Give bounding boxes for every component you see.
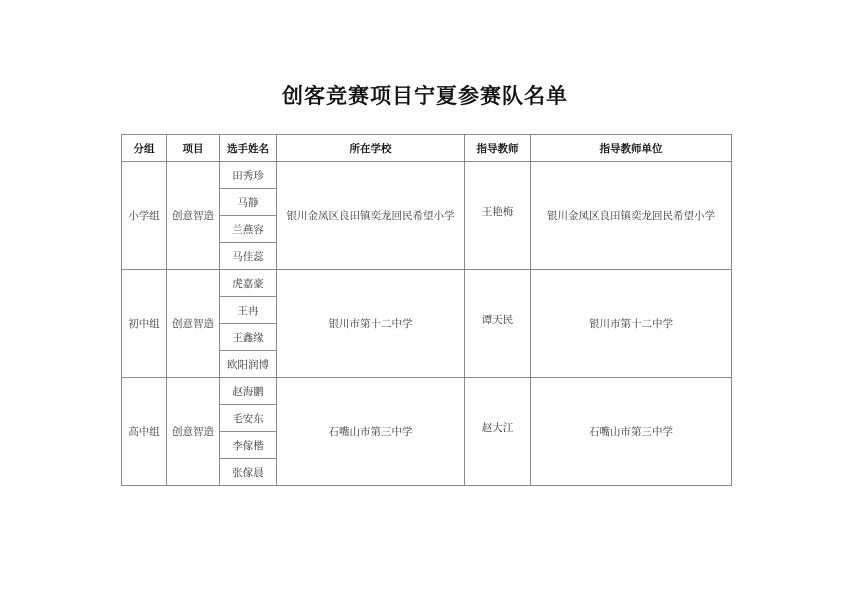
header-teacher: 指导教师 bbox=[465, 135, 531, 162]
teacher-cell: 赵大江 bbox=[465, 378, 531, 486]
project-cell: 创意智造 bbox=[167, 270, 220, 378]
group-cell: 初中组 bbox=[122, 270, 167, 378]
table-row: 小学组 创意智造 田秀珍 银川金凤区良田镇奕龙回民希望小学 王艳梅 银川金凤区良… bbox=[122, 162, 732, 189]
student-name-cell: 田秀珍 bbox=[220, 162, 277, 189]
student-name-cell: 马佳蕊 bbox=[220, 243, 277, 270]
school-cell: 银川市第十二中学 bbox=[277, 270, 465, 378]
header-student-name: 选手姓名 bbox=[220, 135, 277, 162]
header-teacher-unit: 指导教师单位 bbox=[531, 135, 732, 162]
header-project: 项目 bbox=[167, 135, 220, 162]
student-name-cell: 王鑫缘 bbox=[220, 324, 277, 351]
table-row: 初中组 创意智造 虎嘉豪 银川市第十二中学 谭天民 银川市第十二中学 bbox=[122, 270, 732, 297]
student-name-cell: 毛安东 bbox=[220, 405, 277, 432]
teacher-cell: 王艳梅 bbox=[465, 162, 531, 270]
student-name-cell: 李傢楷 bbox=[220, 432, 277, 459]
school-cell: 石嘴山市第三中学 bbox=[277, 378, 465, 486]
student-name-cell: 虎嘉豪 bbox=[220, 270, 277, 297]
teacher-unit-cell: 银川金凤区良田镇奕龙回民希望小学 bbox=[531, 162, 732, 270]
school-cell: 银川金凤区良田镇奕龙回民希望小学 bbox=[277, 162, 465, 270]
header-row: 分组 项目 选手姓名 所在学校 指导教师 指导教师单位 bbox=[122, 135, 732, 162]
header-school: 所在学校 bbox=[277, 135, 465, 162]
document-title: 创客竞赛项目宁夏参赛队名单 bbox=[0, 80, 850, 110]
student-name-cell: 欧阳润博 bbox=[220, 351, 277, 378]
teacher-unit-cell: 银川市第十二中学 bbox=[531, 270, 732, 378]
project-cell: 创意智造 bbox=[167, 378, 220, 486]
group-cell: 小学组 bbox=[122, 162, 167, 270]
project-cell: 创意智造 bbox=[167, 162, 220, 270]
student-name-cell: 张傢晨 bbox=[220, 459, 277, 486]
student-name-cell: 马静 bbox=[220, 189, 277, 216]
teacher-unit-cell: 石嘴山市第三中学 bbox=[531, 378, 732, 486]
teacher-cell: 谭天民 bbox=[465, 270, 531, 378]
group-cell: 高中组 bbox=[122, 378, 167, 486]
header-group: 分组 bbox=[122, 135, 167, 162]
student-name-cell: 王冉 bbox=[220, 297, 277, 324]
table-row: 高中组 创意智造 赵海鹏 石嘴山市第三中学 赵大江 石嘴山市第三中学 bbox=[122, 378, 732, 405]
student-name-cell: 赵海鹏 bbox=[220, 378, 277, 405]
student-name-cell: 兰燕容 bbox=[220, 216, 277, 243]
roster-table: 分组 项目 选手姓名 所在学校 指导教师 指导教师单位 小学组 创意智造 田秀珍… bbox=[121, 134, 732, 486]
